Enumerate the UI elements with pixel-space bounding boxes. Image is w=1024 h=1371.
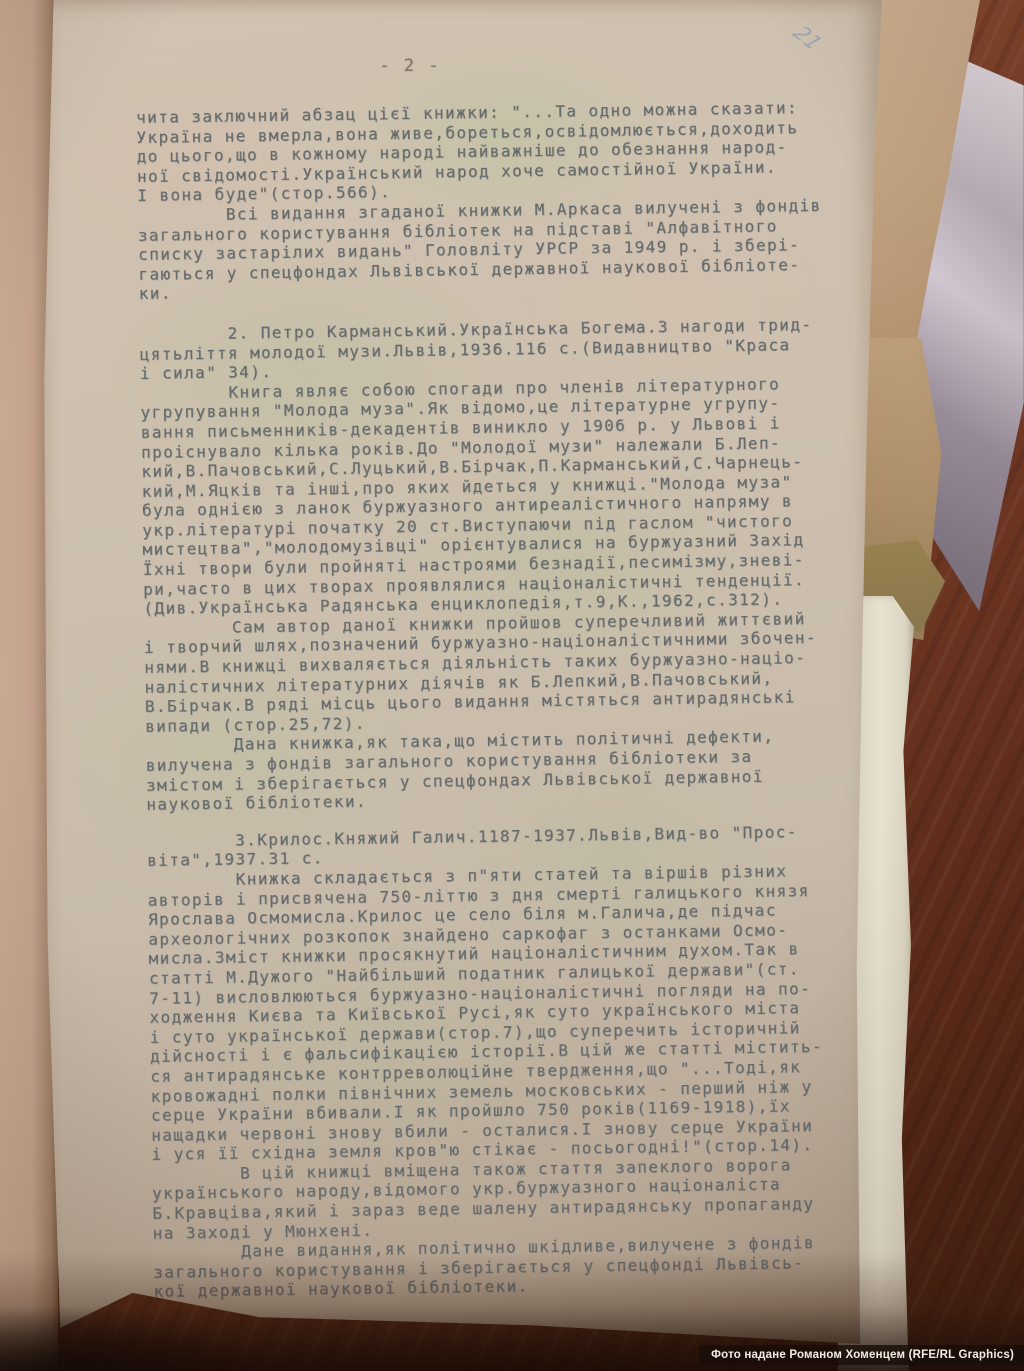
typed-paragraph: чита заключний абзац цієї книжки: "...Та… <box>136 97 869 206</box>
typed-paragraph: Всі видання згаданої книжки М.Аркаса вил… <box>137 195 870 304</box>
typed-paragraph: Дана книжка,як така,що містить політичні… <box>145 725 878 814</box>
typed-paragraph: Сам автор даної книжки пройшов суперечли… <box>144 608 878 736</box>
typed-text-block: чита заключний абзац цієї книжки: "...Та… <box>136 97 886 1302</box>
typed-paragraph: 2. Петро Карманський.Українська Богема.З… <box>139 314 872 384</box>
page-number: - 2 - <box>300 56 520 76</box>
typed-paragraph: В цій книжці вміщена також стаття запекл… <box>152 1154 885 1243</box>
photo-credit-caption: Фото надане Романом Хоменцем (RFE/RL Gra… <box>699 1345 1024 1365</box>
typed-paragraph: Книжка складається з п"яти статей та вір… <box>147 860 883 1165</box>
archival-photo: - 2 - чита заключний абзац цієї книжки: … <box>0 0 1024 1371</box>
typed-paragraph: Дане видання,як політично шкідливе,вилуч… <box>153 1232 886 1302</box>
typed-paragraph: Книга являє собою спогади про членів літ… <box>140 373 875 619</box>
